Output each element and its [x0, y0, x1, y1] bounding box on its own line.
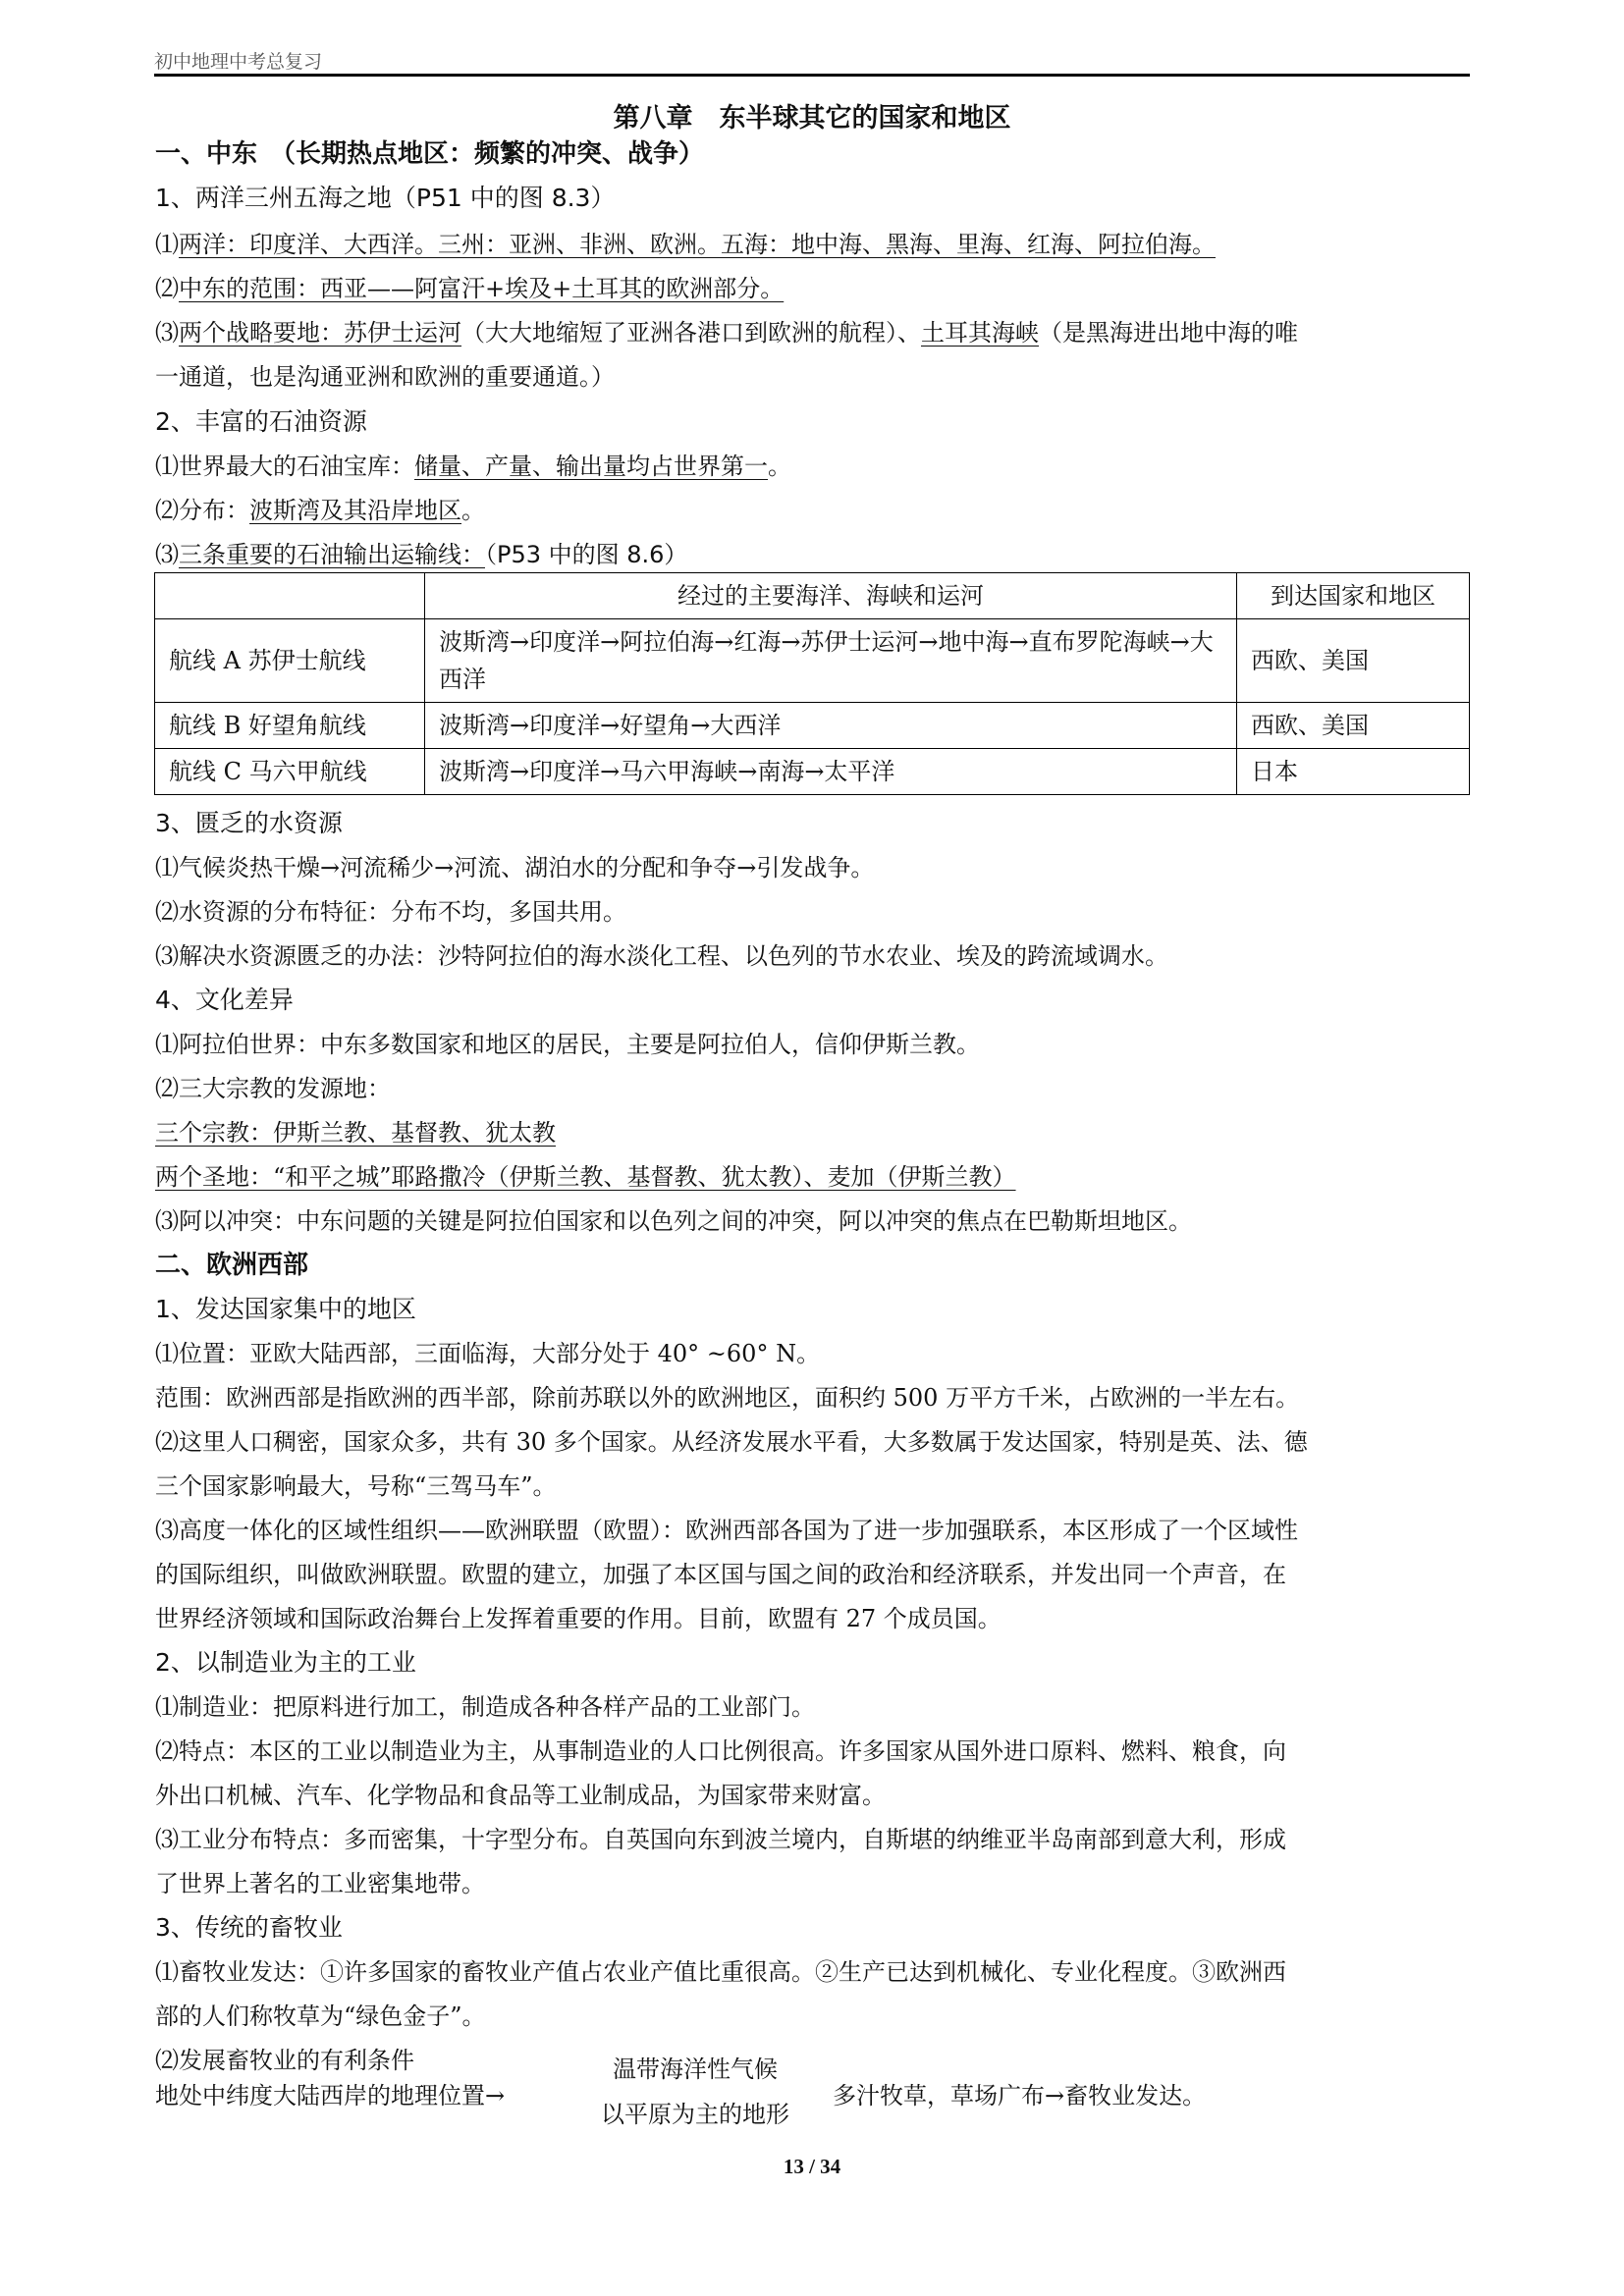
paragraph: ⑴位置：亚欧大陆西部，三面临海，大部分处于 40° ~60° N。: [155, 1337, 820, 1370]
table-header-cell: 到达国家和地区: [1237, 573, 1470, 619]
paragraph-continuation: 三个国家影响最大，号称“三驾马车”。: [155, 1469, 557, 1503]
page-header: 初中地理中考总复习: [154, 47, 322, 74]
paragraph-continuation: 世界经济领域和国际政治舞台上发挥着重要的作用。目前，欧盟有 27 个成员国。: [155, 1602, 1001, 1635]
paragraph: ⑴阿拉伯世界：中东多数国家和地区的居民，主要是阿拉伯人，信仰伊斯兰教。: [155, 1028, 980, 1061]
text: （大大地缩短了亚洲各港口到欧洲的航程）、: [461, 319, 921, 347]
section-heading-middle-east: 一、中东 （长期热点地区：频繁的冲突、战争）: [155, 137, 704, 171]
paragraph: ⑵分布：波斯湾及其沿岸地区。: [155, 494, 485, 527]
subsection-heading: 3、传统的畜牧业: [155, 1911, 343, 1945]
paragraph: ⑶工业分布特点：多而密集，十字型分布。自英国向东到波兰境内，自斯堪的纳维亚半岛南…: [155, 1823, 1286, 1856]
section-heading-western-europe: 二、欧洲西部: [155, 1249, 308, 1282]
paragraph: ⑶高度一体化的区域性组织——欧洲联盟（欧盟）：欧洲西部各国为了进一步加强联系，本…: [155, 1514, 1298, 1547]
underlined-text: 三条重要的石油输出运输线：: [179, 541, 485, 568]
paragraph: ⑵特点：本区的工业以制造业为主，从事制造业的人口比例很高。许多国家从国外进口原料…: [155, 1735, 1286, 1768]
paragraph: ⑴制造业：把原料进行加工，制造成各种各样产品的工业部门。: [155, 1690, 815, 1724]
item-number: ⑴: [155, 231, 179, 258]
table-row: 航线 B 好望角航线 波斯湾→印度洋→好望角→大西洋 西欧、美国: [155, 703, 1470, 749]
paragraph: ⑶解决水资源匮乏的办法：沙特阿拉伯的海水淡化工程、以色列的节水农业、埃及的跨流域…: [155, 939, 1168, 973]
underlined-text: 中东的范围：西亚——阿富汗+埃及+土耳其的欧洲部分。: [179, 275, 784, 302]
paragraph: ⑵中东的范围：西亚——阿富汗+埃及+土耳其的欧洲部分。: [155, 272, 784, 305]
paragraph-continuation: 外出口机械、汽车、化学物品和食品等工业制成品，为国家带来财富。: [155, 1779, 886, 1812]
paragraph: ⑵三大宗教的发源地：: [155, 1072, 391, 1105]
paragraph: ⑶两个战略要地：苏伊士运河（大大地缩短了亚洲各港口到欧洲的航程）、土耳其海峡（是…: [155, 316, 1298, 349]
subsection-heading: 2、以制造业为主的工业: [155, 1646, 416, 1680]
paragraph: ⑶三条重要的石油输出运输线：（P53 中的图 8.6）: [155, 538, 687, 571]
oil-routes-table: 经过的主要海洋、海峡和运河 到达国家和地区 航线 A 苏伊士航线 波斯湾→印度洋…: [154, 572, 1470, 795]
terrain-factor: 以平原为主的地形: [601, 2092, 789, 2137]
cause-chain-end: 多汁牧草，草场广布→畜牧业发达。: [833, 2079, 1206, 2112]
chapter-title: 第八章 东半球其它的国家和地区: [0, 96, 1624, 134]
destination-cell: 日本: [1237, 749, 1470, 795]
route-name-cell: 航线 A 苏伊士航线: [155, 619, 425, 703]
destination-cell: 西欧、美国: [1237, 703, 1470, 749]
route-name-cell: 航线 C 马六甲航线: [155, 749, 425, 795]
text: 。: [461, 497, 485, 524]
cause-chain-start: 地处中纬度大陆西岸的地理位置→: [155, 2079, 505, 2112]
paragraph: ⑵这里人口稠密，国家众多，共有 30 多个国家。从经济发展水平看，大多数属于发达…: [155, 1425, 1308, 1459]
paragraph: ⑴两洋：印度洋、大西洋。三州：亚洲、非洲、欧洲。五海：地中海、黑海、里海、红海、…: [155, 228, 1216, 261]
subsection-heading: 3、匮乏的水资源: [155, 807, 343, 840]
table-header-cell: 经过的主要海洋、海峡和运河: [425, 573, 1237, 619]
route-path-cell: 波斯湾→印度洋→阿拉伯海→红海→苏伊士运河→地中海→直布罗陀海峡→大西洋: [425, 619, 1237, 703]
subsection-heading: 2、丰富的石油资源: [155, 405, 367, 439]
paragraph: ⑵发展畜牧业的有利条件: [155, 2044, 414, 2077]
underlined-text: 储量、产量、输出量均占世界第一: [414, 453, 768, 480]
text: 。: [768, 453, 791, 480]
table-row: 航线 C 马六甲航线 波斯湾→印度洋→马六甲海峡→南海→太平洋 日本: [155, 749, 1470, 795]
cause-chain-middle: 温带海洋性气候 以平原为主的地形: [601, 2047, 789, 2137]
text: ⑵分布：: [155, 497, 249, 524]
item-number: ⑵: [155, 275, 179, 302]
destination-cell: 西欧、美国: [1237, 619, 1470, 703]
route-path-cell: 波斯湾→印度洋→马六甲海峡→南海→太平洋: [425, 749, 1237, 795]
paragraph: ⑴畜牧业发达：①许多国家的畜牧业产值占农业产值比重很高。②生产已达到机械化、专业…: [155, 1955, 1286, 1989]
subsection-heading: 1、发达国家集中的地区: [155, 1293, 416, 1326]
item-number: ⑶: [155, 319, 179, 347]
paragraph: 范围：欧洲西部是指欧洲的西半部，除前苏联以外的欧洲地区，面积约 500 万平方千…: [155, 1381, 1299, 1415]
text: ⑴世界最大的石油宝库：: [155, 453, 414, 480]
route-name-cell: 航线 B 好望角航线: [155, 703, 425, 749]
page-number: 13 / 34: [0, 2155, 1624, 2179]
route-path-cell: 波斯湾→印度洋→好望角→大西洋: [425, 703, 1237, 749]
paragraph-continuation: 一通道，也是沟通亚洲和欧洲的重要通道。）: [155, 360, 615, 394]
text: （是黑海进出地中海的唯: [1039, 319, 1298, 347]
paragraph-continuation: 了世界上著名的工业密集地带。: [155, 1867, 485, 1900]
paragraph-continuation: 的国际组织，叫做欧洲联盟。欧盟的建立，加强了本区国与国之间的政治和经济联系，并发…: [155, 1558, 1286, 1591]
table-header-row: 经过的主要海洋、海峡和运河 到达国家和地区: [155, 573, 1470, 619]
paragraph: ⑴气候炎热干燥→河流稀少→河流、湖泊水的分配和争夺→引发战争。: [155, 851, 874, 884]
table-row: 航线 A 苏伊士航线 波斯湾→印度洋→阿拉伯海→红海→苏伊士运河→地中海→直布罗…: [155, 619, 1470, 703]
paragraph: ⑶阿以冲突：中东问题的关键是阿拉伯国家和以色列之间的冲突，阿以冲突的焦点在巴勒斯…: [155, 1204, 1192, 1238]
figure-reference: （P53 中的图 8.6）: [485, 541, 687, 568]
holy-cities: 两个圣地：“和平之城”耶路撒冷（伊斯兰教、基督教、犹太教）、麦加（伊斯兰教）: [155, 1160, 1016, 1194]
climate-factor: 温带海洋性气候: [601, 2047, 789, 2092]
paragraph: ⑵水资源的分布特征：分布不均，多国共用。: [155, 895, 626, 929]
table-header-cell: [155, 573, 425, 619]
underlined-text: 土耳其海峡: [921, 319, 1039, 347]
religions-list: 三个宗教：伊斯兰教、基督教、犹太教: [155, 1116, 556, 1149]
underlined-text: 两个战略要地：苏伊士运河: [179, 319, 461, 347]
paragraph: ⑴世界最大的石油宝库：储量、产量、输出量均占世界第一。: [155, 450, 791, 483]
subsection-heading: 4、文化差异: [155, 984, 294, 1017]
header-rule: [154, 74, 1470, 77]
text: ⑶: [155, 541, 179, 568]
underlined-text: 两洋：印度洋、大西洋。三州：亚洲、非洲、欧洲。五海：地中海、黑海、里海、红海、阿…: [179, 231, 1216, 258]
underlined-text: 波斯湾及其沿岸地区: [249, 497, 461, 524]
subsection-heading: 1、两洋三州五海之地（P51 中的图 8.3）: [155, 182, 615, 215]
paragraph-continuation: 部的人们称牧草为“绿色金子”。: [155, 2000, 486, 2033]
